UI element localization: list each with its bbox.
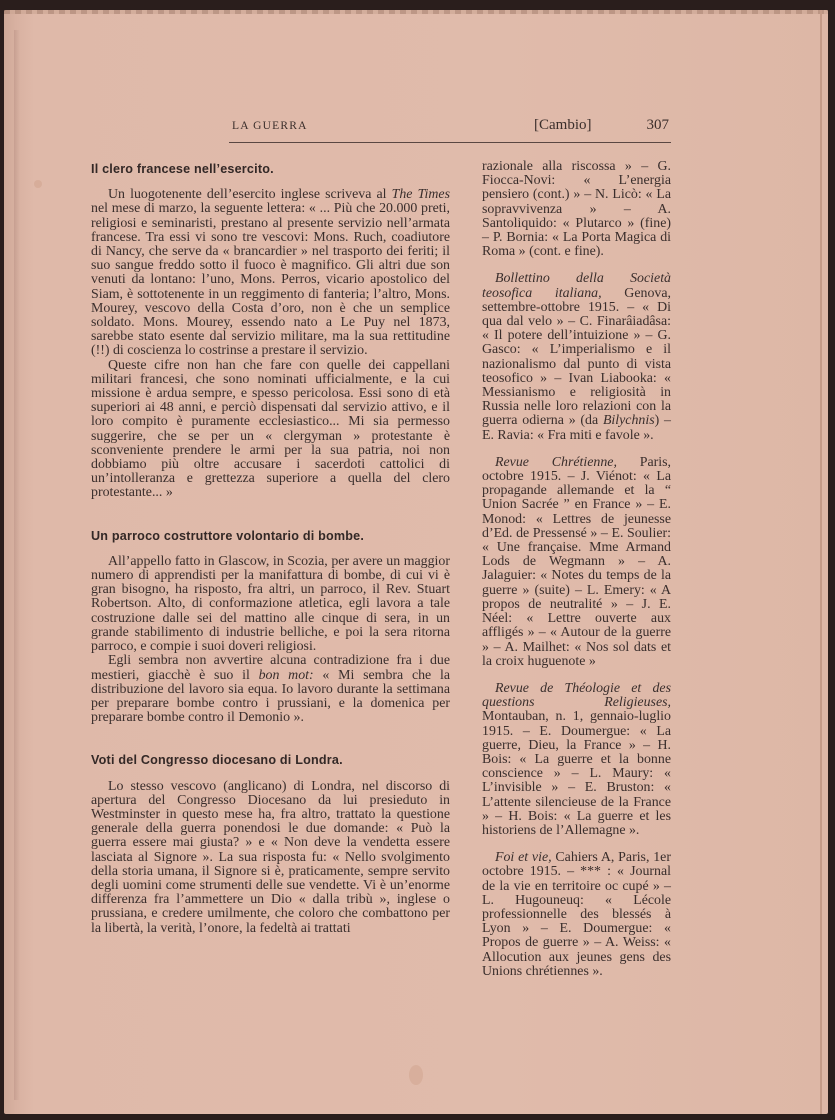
- periodical-title: Bilychnis: [603, 413, 655, 428]
- article-parroco-bombe: Un parroco costruttore volontario di bom…: [91, 529, 450, 726]
- periodical-entry: razionale alla riscossa » – G. Fiocca-No…: [482, 160, 671, 259]
- page-right-edge: [820, 10, 822, 1114]
- article-paragraph: Egli sembra non avvertire alcuna contrad…: [91, 654, 450, 725]
- periodical-entry: Bollettino della Società teosofica itali…: [482, 272, 671, 442]
- torn-top-edge: [4, 10, 828, 14]
- text-run: Un luogotenente dell’esercito inglese sc…: [108, 187, 392, 202]
- article-heading: Il clero francese nell’esercito.: [91, 162, 450, 176]
- text-run: Montauban, n. 1, gennaio-luglio 1915. – …: [482, 709, 671, 838]
- left-column: Il clero francese nell’esercito. Un luog…: [91, 162, 450, 936]
- article-paragraph: Queste cifre non han che fare con quelle…: [91, 359, 450, 501]
- periodical-entry: Foi et vie, Cahiers A, Paris, 1er octobr…: [482, 851, 671, 979]
- article-congresso-londra: Voti del Congresso diocesano di Londra. …: [91, 753, 450, 935]
- italic-phrase: bon mot:: [259, 668, 314, 683]
- text-run: Genova, settembre-ottobre 1915. – « Di q…: [482, 286, 671, 429]
- article-heading: Un parroco costruttore volontario di bom…: [91, 529, 450, 543]
- section-title: LA GUERRA: [232, 120, 308, 132]
- periodical-title: Revue de Théologie et des questions Reli…: [482, 681, 671, 710]
- text-run: nel mese di marzo, la seguente lettera: …: [91, 201, 450, 358]
- page-binding-shadow: [14, 30, 20, 1100]
- periodical-entry: Revue de Théologie et des questions Reli…: [482, 682, 671, 838]
- running-header: LA GUERRA [Cambio] 307: [229, 118, 671, 138]
- text-run: Queste cifre non han che fare con quelle…: [91, 358, 450, 501]
- text-run: Lo stesso vescovo (anglicano) di Londra,…: [91, 779, 450, 936]
- section-tag: [Cambio]: [534, 117, 592, 134]
- text-run: Paris, octobre 1915. – J. Viénot: « La p…: [482, 455, 671, 669]
- page-number: 307: [647, 117, 670, 134]
- header-rule: [229, 142, 671, 143]
- paper-stain: [34, 180, 42, 188]
- text-run: All’appello fatto in Glascow, in Scozia,…: [91, 554, 450, 654]
- article-paragraph: Un luogotenente dell’esercito inglese sc…: [91, 188, 450, 358]
- periodical-title: Foi et vie,: [495, 850, 552, 865]
- right-column: razionale alla riscossa » – G. Fiocca-No…: [482, 160, 671, 992]
- article-heading: Voti del Congresso diocesano di Londra.: [91, 753, 450, 767]
- article-paragraph: All’appello fatto in Glascow, in Scozia,…: [91, 555, 450, 654]
- periodical-title: Revue Chrétienne,: [495, 455, 617, 470]
- periodical-entry: Revue Chrétienne, Paris, octobre 1915. –…: [482, 456, 671, 669]
- text-run: razionale alla riscossa » – G. Fiocca-No…: [482, 159, 671, 259]
- article-paragraph: Lo stesso vescovo (anglicano) di Londra,…: [91, 780, 450, 936]
- paper-stain: [409, 1065, 423, 1085]
- newspaper-title: The Times: [392, 187, 450, 202]
- text-run: Cahiers A, Paris, 1er octobre 1915. – **…: [482, 850, 671, 979]
- article-clero-francese: Il clero francese nell’esercito. Un luog…: [91, 162, 450, 501]
